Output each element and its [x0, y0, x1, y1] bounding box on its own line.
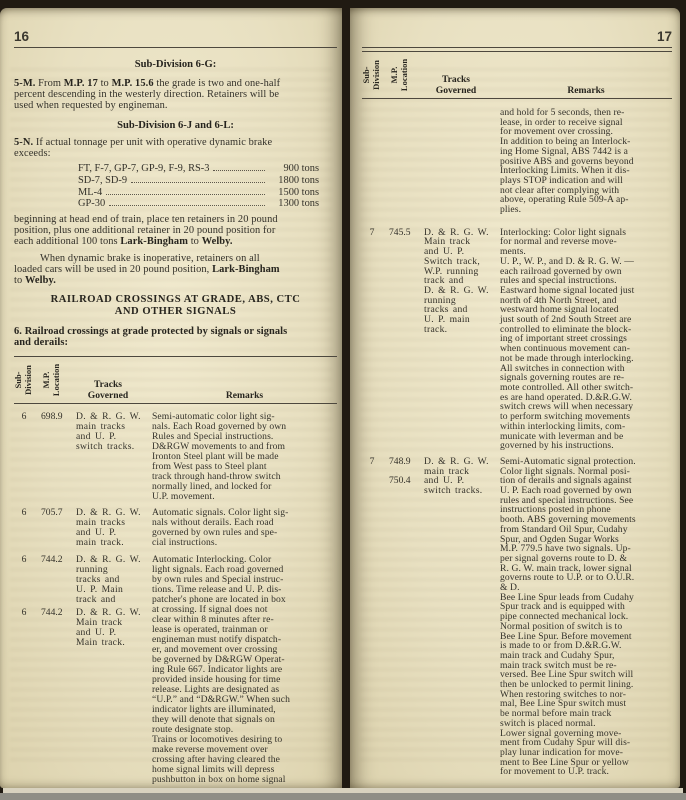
cell-remarks: Automatic Interlocking. Color light sign… — [146, 555, 337, 785]
cell-remarks: Semi-automatic color light sig- nals. Ea… — [146, 412, 337, 502]
table-header: Sub- Division M.P. Location Tracks Gover… — [362, 51, 672, 99]
heading-railroad-crossings: RAILROAD CROSSINGS AT GRADE, ABS, CTC AN… — [14, 294, 337, 318]
tonnage-units: GP-30 — [78, 198, 105, 210]
paragraph-5n: 5-N. If actual tonnage per unit with ope… — [14, 137, 337, 159]
dot-leader — [109, 205, 265, 206]
cell-sub-division: 7 — [362, 457, 382, 777]
heading-subdivision-6g: Sub-Division 6-G: — [14, 59, 337, 71]
tonnage-row: ML-4 1500 tons — [78, 187, 319, 199]
cell-mp-location: 705.7 — [34, 508, 70, 548]
page-rule — [14, 47, 337, 48]
tonnage-value: 900 tons — [269, 163, 319, 175]
dot-leader — [131, 182, 265, 183]
cell-tracks-governed: D. & R. G. W. Main track and U. P. Switc… — [418, 228, 494, 451]
cell-sub-division: 6 — [14, 555, 34, 605]
column-header-tracks-governed: Tracks Governed — [414, 75, 498, 96]
table-row-continuation: and hold for 5 seconds, then re- lease, … — [362, 108, 672, 215]
cell-tracks-governed: D. & R. G. W. main tracks and U. P. main… — [70, 508, 146, 548]
heading-subdivision-6j-6l: Sub-Division 6-J and 6-L: — [14, 120, 337, 132]
cell-tracks-governed: D. & R. G. W. Main track and U. P. Main … — [70, 608, 146, 648]
cell-remarks: Semi-Automatic signal protection. Color … — [494, 457, 672, 777]
paragraph-retainers: beginning at head end of train, place te… — [14, 214, 337, 247]
tonnage-row: SD-7, SD-9 1800 tons — [78, 175, 319, 187]
tonnage-row: FT, F-7, GP-7, GP-9, F-9, RS-3 900 tons — [78, 163, 319, 175]
dot-leader — [106, 194, 265, 195]
table-row: 6 705.7 D. & R. G. W. main tracks and U.… — [14, 508, 337, 548]
page-17: 17 Sub- Division M.P. Location Tracks Go… — [350, 8, 680, 788]
table-row: 7 748.9 750.4 D. & R. G. W. main track a… — [362, 457, 672, 777]
page-number: 17 — [362, 29, 672, 44]
cell-tracks-governed: D. & R. G. W. main tracks and U. P. swit… — [70, 412, 146, 502]
table-header: Sub- Division M.P. Location Tracks Gover… — [14, 356, 337, 404]
column-header-sub-division: Sub- Division — [362, 52, 382, 98]
tonnage-units: ML-4 — [78, 187, 102, 199]
tonnage-value: 1800 tons — [269, 175, 319, 187]
table-row: 7 745.5 D. & R. G. W. Main track and U. … — [362, 228, 672, 451]
empty-cells-spacer — [362, 108, 494, 215]
cell-remarks: Interlocking: Color light signals for no… — [494, 228, 672, 451]
tonnage-units: SD-7, SD-9 — [78, 175, 127, 187]
cell-tracks-governed: D. & R. G. W. running tracks and U. P. M… — [70, 555, 146, 605]
tonnage-units: FT, F-7, GP-7, GP-9, F-9, RS-3 — [78, 163, 209, 175]
cell-remarks: Automatic signals. Color light sig- nals… — [146, 508, 337, 548]
group-left-cells: 6 744.2 D. & R. G. W. running tracks and… — [14, 555, 146, 785]
cell-sub-division: 6 — [14, 412, 34, 502]
column-header-remarks: Remarks — [152, 391, 337, 402]
column-header-tracks-governed: Tracks Governed — [66, 380, 150, 401]
column-header-sub-division: Sub- Division — [14, 357, 34, 403]
cell-remarks: and hold for 5 seconds, then re- lease, … — [494, 108, 672, 215]
page-number: 16 — [14, 29, 337, 44]
dot-leader — [213, 170, 265, 171]
column-header-mp-location: M.P. Location — [390, 52, 410, 98]
cell-sub-division: 6 — [14, 608, 34, 648]
cell-tracks-governed: D. & R. G. W. main track and U. P. switc… — [418, 457, 494, 777]
tonnage-value: 1300 tons — [269, 198, 319, 210]
book-bottom-edge — [0, 793, 686, 800]
table-subrow: 6 744.2 D. & R. G. W. Main track and U. … — [14, 608, 146, 648]
table-row: 6 698.9 D. & R. G. W. main tracks and U.… — [14, 412, 337, 502]
cell-sub-division: 6 — [14, 508, 34, 548]
cell-mp-location: 698.9 — [34, 412, 70, 502]
column-header-mp-location: M.P. Location — [42, 357, 62, 403]
paragraph-item-6: 6. Railroad crossings at grade protected… — [14, 326, 337, 348]
page-16: 16 Sub-Division 6-G: 5-M. From M.P. 17 t… — [0, 8, 342, 788]
cell-mp-location: 744.2 — [34, 555, 70, 605]
cell-mp-location: 744.2 — [34, 608, 70, 648]
cell-mp-location: 745.5 — [382, 228, 418, 451]
cell-sub-division: 7 — [362, 228, 382, 451]
paragraph-5m: 5-M. From M.P. 17 to M.P. 15.6 the grade… — [14, 78, 337, 111]
tonnage-list: FT, F-7, GP-7, GP-9, F-9, RS-3 900 tons … — [78, 163, 319, 210]
column-header-remarks: Remarks — [500, 86, 672, 97]
paragraph-dynamic-brake: When dynamic brake is inoperative, retai… — [14, 253, 337, 286]
tonnage-row: GP-30 1300 tons — [78, 198, 319, 210]
tonnage-value: 1500 tons — [269, 187, 319, 199]
table-row-group-744: 6 744.2 D. & R. G. W. running tracks and… — [14, 555, 337, 785]
cell-mp-location: 748.9 750.4 — [382, 457, 418, 777]
page-rule — [362, 47, 672, 48]
table-subrow: 6 744.2 D. & R. G. W. running tracks and… — [14, 555, 146, 605]
